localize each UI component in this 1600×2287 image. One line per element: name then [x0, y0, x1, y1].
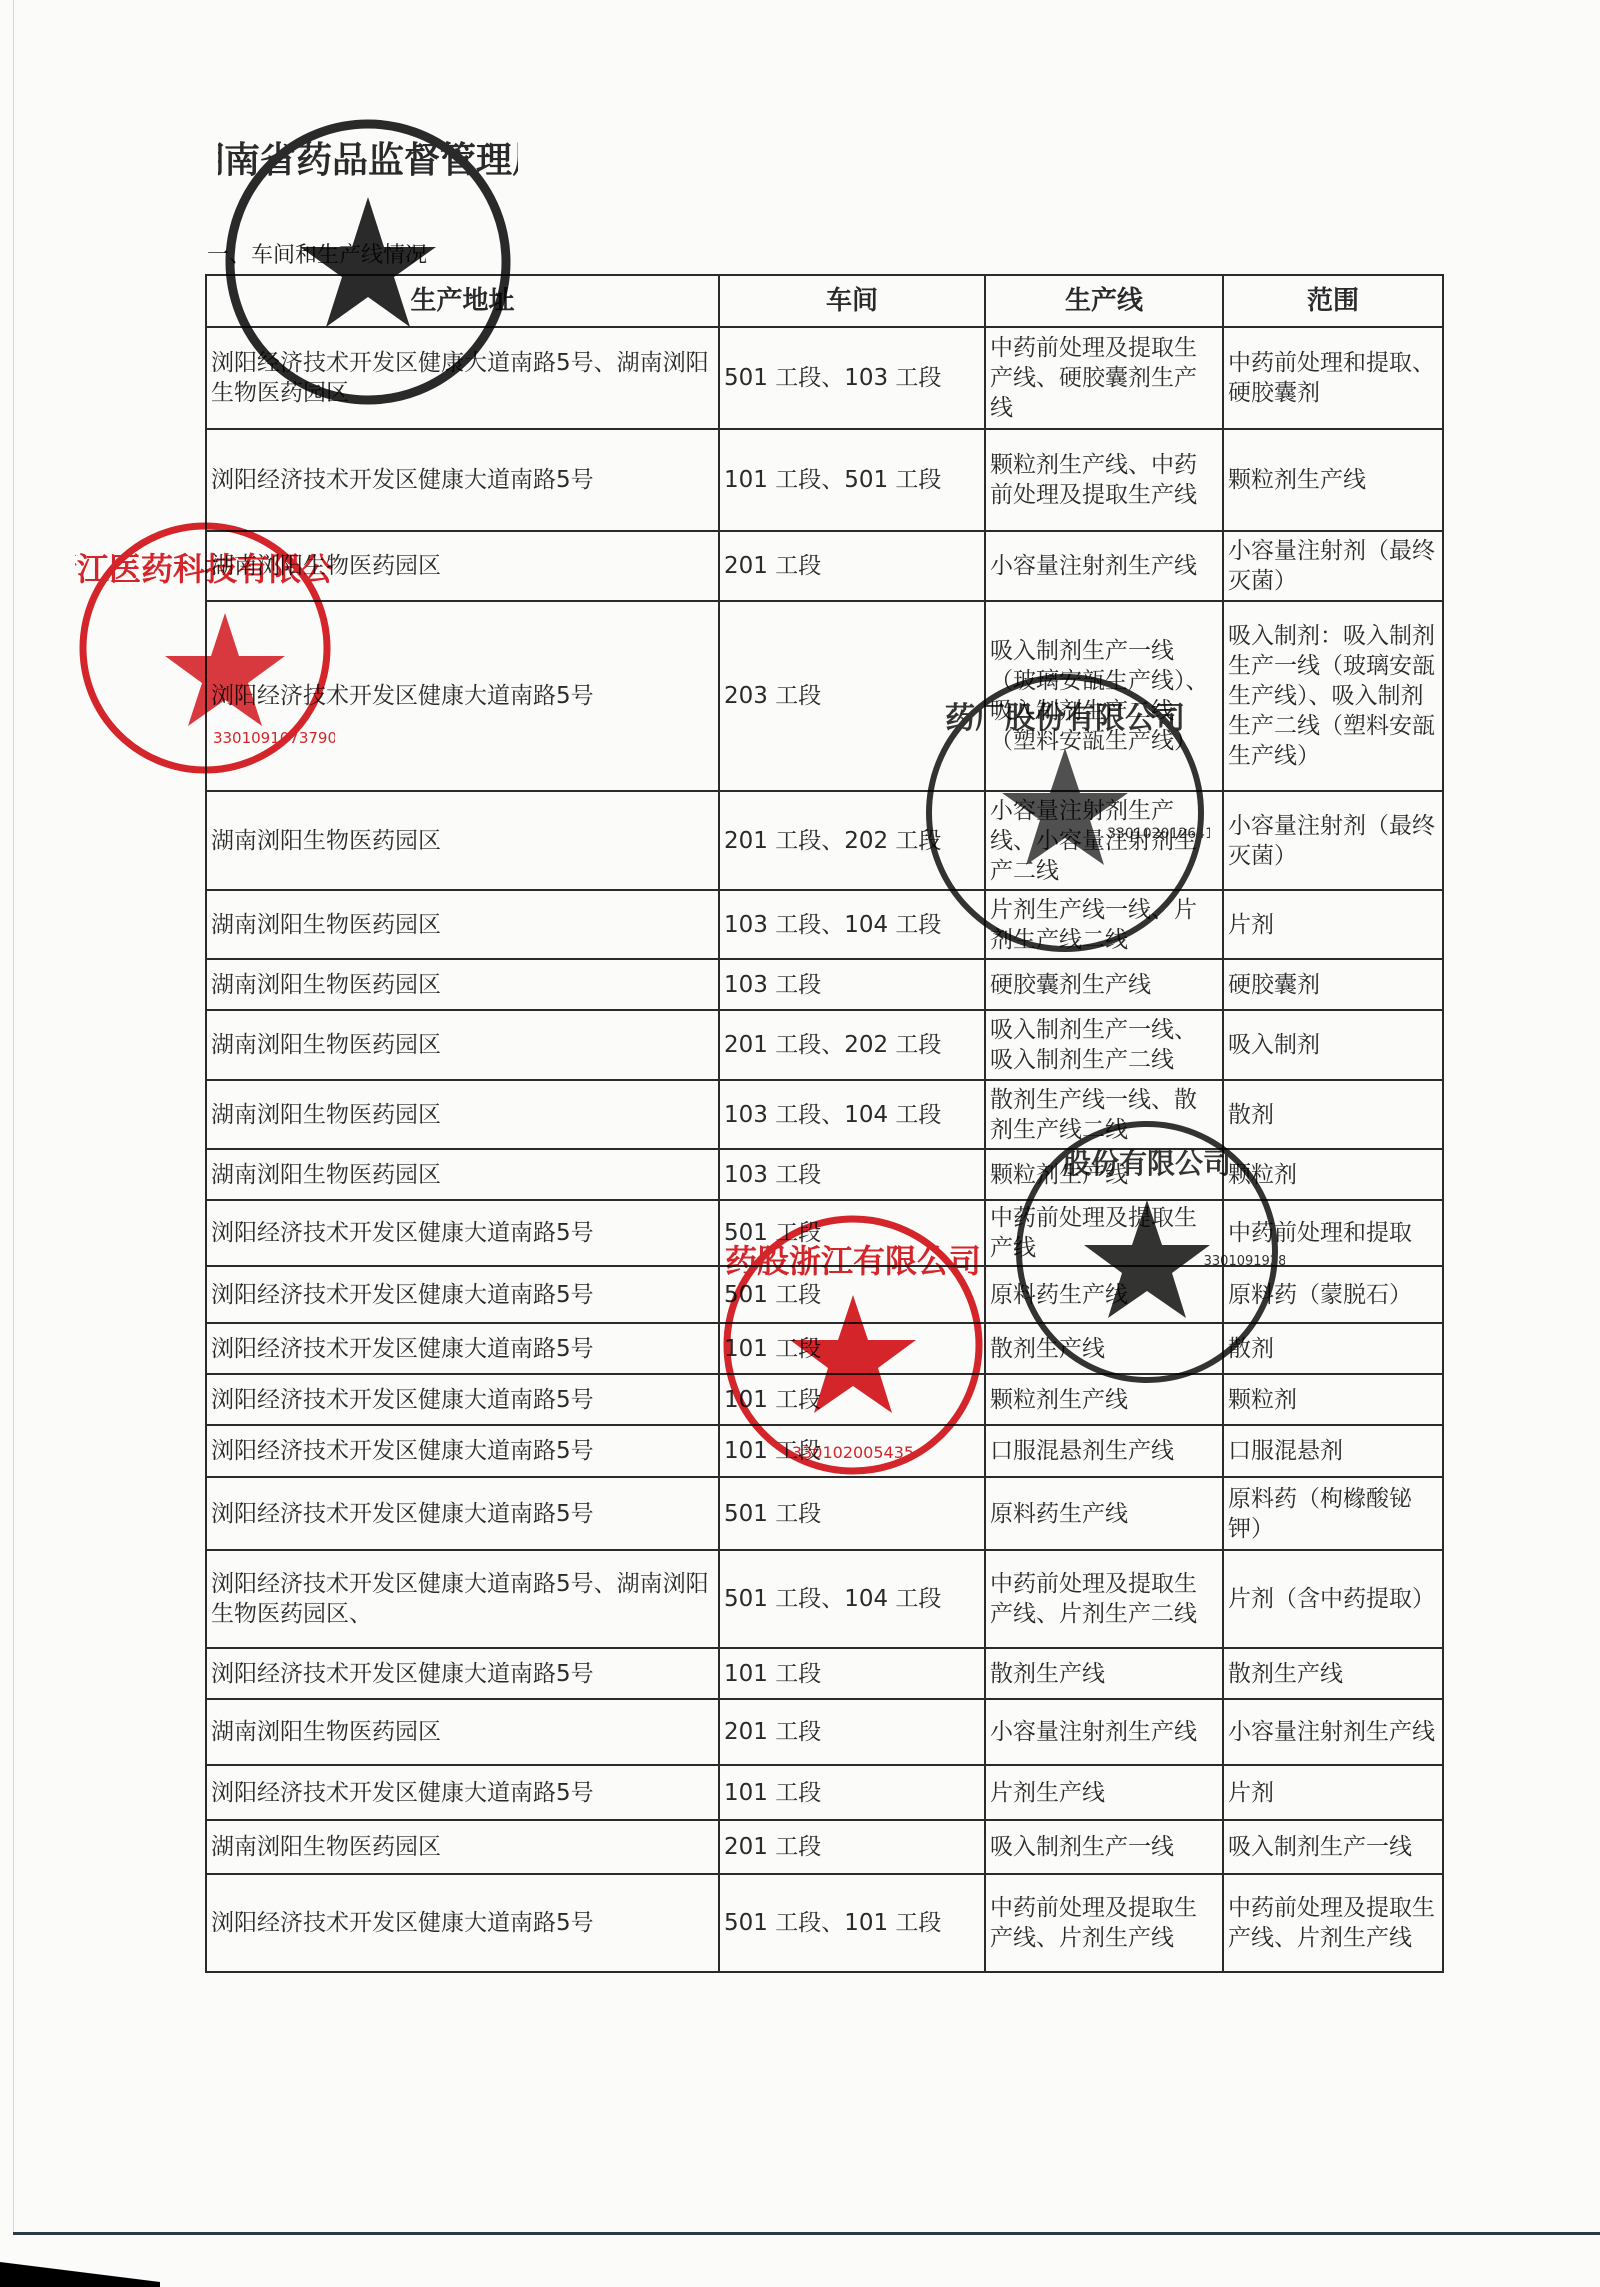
cell-address: 浏阳经济技术开发区健康大道南路5号	[206, 1323, 719, 1374]
cell-address: 浏阳经济技术开发区健康大道南路5号	[206, 1425, 719, 1477]
table-row: 湖南浏阳生物医药园区201 工段小容量注射剂生产线小容量注射剂生产线	[206, 1699, 1443, 1765]
table-row: 浏阳经济技术开发区健康大道南路5号101 工段颗粒剂生产线颗粒剂	[206, 1374, 1443, 1425]
table-row: 浏阳经济技术开发区健康大道南路5号501 工段原料药生产线原料药（枸橼酸铋钾）	[206, 1477, 1443, 1550]
cell-scope: 原料药（蒙脱石）	[1223, 1266, 1443, 1323]
cell-address: 湖南浏阳生物医药园区	[206, 1699, 719, 1765]
table-row: 湖南浏阳生物医药园区103 工段颗粒剂生产线颗粒剂	[206, 1149, 1443, 1200]
cell-scope: 中药前处理和提取、硬胶囊剂	[1223, 327, 1443, 429]
cell-scope: 吸入制剂生产一线	[1223, 1820, 1443, 1874]
cell-workshop: 101 工段	[719, 1425, 985, 1477]
cell-production-line: 中药前处理及提取生产线、硬胶囊剂生产线	[985, 327, 1223, 429]
cell-production-line: 颗粒剂生产线	[985, 1149, 1223, 1200]
cell-workshop: 201 工段、202 工段	[719, 791, 985, 890]
cell-production-line: 散剂生产线	[985, 1323, 1223, 1374]
cell-scope: 片剂（含中药提取）	[1223, 1550, 1443, 1648]
cell-scope: 口服混悬剂	[1223, 1425, 1443, 1477]
table-row: 湖南浏阳生物医药园区103 工段、104 工段散剂生产线一线、散剂生产线二线散剂	[206, 1080, 1443, 1149]
cell-address: 湖南浏阳生物医药园区	[206, 1149, 719, 1200]
cell-production-line: 吸入制剂生产一线	[985, 1820, 1223, 1874]
cell-production-line: 原料药生产线	[985, 1266, 1223, 1323]
cell-production-line: 散剂生产线	[985, 1648, 1223, 1699]
table-row: 浏阳经济技术开发区健康大道南路5号101 工段散剂生产线散剂	[206, 1323, 1443, 1374]
cell-address: 浏阳经济技术开发区健康大道南路5号	[206, 1266, 719, 1323]
cell-scope: 颗粒剂	[1223, 1374, 1443, 1425]
cell-production-line: 颗粒剂生产线、中药前处理及提取生产线	[985, 429, 1223, 531]
cell-production-line: 颗粒剂生产线	[985, 1374, 1223, 1425]
cell-production-line: 口服混悬剂生产线	[985, 1425, 1223, 1477]
cell-production-line: 小容量注射剂生产线、小容量注射剂生产二线	[985, 791, 1223, 890]
cell-address: 浏阳经济技术开发区健康大道南路5号	[206, 1200, 719, 1266]
cell-production-line: 中药前处理及提取生产线、片剂生产线	[985, 1874, 1223, 1972]
cell-scope: 散剂生产线	[1223, 1648, 1443, 1699]
table-row: 浏阳经济技术开发区健康大道南路5号、湖南浏阳生物医药园区501 工段、103 工…	[206, 327, 1443, 429]
seal-text: 湖南省药品监督管理局	[218, 140, 518, 181]
table-row: 浏阳经济技术开发区健康大道南路5号101 工段片剂生产线片剂	[206, 1765, 1443, 1820]
table-row: 湖南浏阳生物医药园区103 工段硬胶囊剂生产线硬胶囊剂	[206, 959, 1443, 1010]
cell-scope: 小容量注射剂（最终灭菌）	[1223, 791, 1443, 890]
cell-workshop: 101 工段	[719, 1765, 985, 1820]
cell-workshop: 501 工段	[719, 1200, 985, 1266]
cell-production-line: 吸入制剂生产一线、吸入制剂生产二线	[985, 1010, 1223, 1080]
cell-address: 浏阳经济技术开发区健康大道南路5号	[206, 1874, 719, 1972]
production-lines-table: 生产地址 车间 生产线 范围 浏阳经济技术开发区健康大道南路5号、湖南浏阳生物医…	[205, 274, 1444, 1973]
cell-production-line: 中药前处理及提取生产线、片剂生产二线	[985, 1550, 1223, 1648]
scan-shadow	[0, 2262, 160, 2287]
cell-workshop: 103 工段	[719, 1149, 985, 1200]
table-row: 浏阳经济技术开发区健康大道南路5号203 工段吸入制剂生产一线（玻璃安瓿生产线）…	[206, 601, 1443, 791]
cell-workshop: 103 工段、104 工段	[719, 1080, 985, 1149]
cell-workshop: 201 工段	[719, 1820, 985, 1874]
header-line: 生产线	[985, 275, 1223, 327]
page-edge-bottom	[13, 2232, 1600, 2235]
cell-workshop: 101 工段、501 工段	[719, 429, 985, 531]
table-row: 湖南浏阳生物医药园区201 工段、202 工段吸入制剂生产一线、吸入制剂生产二线…	[206, 1010, 1443, 1080]
cell-production-line: 散剂生产线一线、散剂生产线二线	[985, 1080, 1223, 1149]
cell-address: 湖南浏阳生物医药园区	[206, 1010, 719, 1080]
table-row: 浏阳经济技术开发区健康大道南路5号101 工段、501 工段颗粒剂生产线、中药前…	[206, 429, 1443, 531]
cell-scope: 颗粒剂生产线	[1223, 429, 1443, 531]
cell-production-line: 硬胶囊剂生产线	[985, 959, 1223, 1010]
cell-workshop: 101 工段	[719, 1374, 985, 1425]
cell-production-line: 中药前处理及提取生产线	[985, 1200, 1223, 1266]
cell-scope: 片剂	[1223, 890, 1443, 959]
cell-address: 浏阳经济技术开发区健康大道南路5号	[206, 429, 719, 531]
table-row: 湖南浏阳生物医药园区201 工段小容量注射剂生产线小容量注射剂（最终灭菌）	[206, 531, 1443, 601]
cell-workshop: 501 工段、104 工段	[719, 1550, 985, 1648]
cell-production-line: 片剂生产线	[985, 1765, 1223, 1820]
cell-production-line: 吸入制剂生产一线（玻璃安瓿生产线）、吸入制剂生产二线（塑料安瓿生产线）	[985, 601, 1223, 791]
table-row: 湖南浏阳生物医药园区103 工段、104 工段片剂生产线一线、片剂生产线二线片剂	[206, 890, 1443, 959]
cell-scope: 片剂	[1223, 1765, 1443, 1820]
cell-workshop: 201 工段	[719, 531, 985, 601]
cell-scope: 小容量注射剂生产线	[1223, 1699, 1443, 1765]
cell-address: 湖南浏阳生物医药园区	[206, 531, 719, 601]
cell-address: 湖南浏阳生物医药园区	[206, 959, 719, 1010]
cell-address: 湖南浏阳生物医药园区	[206, 1080, 719, 1149]
cell-workshop: 501 工段、103 工段	[719, 327, 985, 429]
header-workshop: 车间	[719, 275, 985, 327]
cell-production-line: 原料药生产线	[985, 1477, 1223, 1550]
cell-scope: 中药前处理和提取	[1223, 1200, 1443, 1266]
table-row: 浏阳经济技术开发区健康大道南路5号101 工段散剂生产线散剂生产线	[206, 1648, 1443, 1699]
cell-address: 湖南浏阳生物医药园区	[206, 1820, 719, 1874]
cell-scope: 吸入制剂	[1223, 1010, 1443, 1080]
cell-scope: 中药前处理及提取生产线、片剂生产线	[1223, 1874, 1443, 1972]
cell-production-line: 小容量注射剂生产线	[985, 1699, 1223, 1765]
cell-scope: 散剂	[1223, 1323, 1443, 1374]
cell-workshop: 201 工段	[719, 1699, 985, 1765]
cell-address: 浏阳经济技术开发区健康大道南路5号、湖南浏阳生物医药园区	[206, 327, 719, 429]
cell-production-line: 片剂生产线一线、片剂生产线二线	[985, 890, 1223, 959]
table-row: 湖南浏阳生物医药园区201 工段吸入制剂生产一线吸入制剂生产一线	[206, 1820, 1443, 1874]
cell-scope: 原料药（枸橼酸铋钾）	[1223, 1477, 1443, 1550]
cell-workshop: 203 工段	[719, 601, 985, 791]
cell-address: 浏阳经济技术开发区健康大道南路5号	[206, 1648, 719, 1699]
cell-scope: 散剂	[1223, 1080, 1443, 1149]
cell-address: 浏阳经济技术开发区健康大道南路5号	[206, 601, 719, 791]
cell-production-line: 小容量注射剂生产线	[985, 531, 1223, 601]
cell-address: 浏阳经济技术开发区健康大道南路5号	[206, 1765, 719, 1820]
cell-workshop: 201 工段、202 工段	[719, 1010, 985, 1080]
header-address: 生产地址	[206, 275, 719, 327]
cell-workshop: 501 工段	[719, 1266, 985, 1323]
cell-workshop: 103 工段	[719, 959, 985, 1010]
cell-scope: 小容量注射剂（最终灭菌）	[1223, 531, 1443, 601]
cell-workshop: 501 工段	[719, 1477, 985, 1550]
section-title: 一、车间和生产线情况	[207, 238, 427, 269]
table-header-row: 生产地址 车间 生产线 范围	[206, 275, 1443, 327]
table-row: 浏阳经济技术开发区健康大道南路5号501 工段原料药生产线原料药（蒙脱石）	[206, 1266, 1443, 1323]
cell-workshop: 101 工段	[719, 1323, 985, 1374]
cell-workshop: 501 工段、101 工段	[719, 1874, 985, 1972]
cell-address: 浏阳经济技术开发区健康大道南路5号	[206, 1374, 719, 1425]
cell-address: 浏阳经济技术开发区健康大道南路5号、湖南浏阳生物医药园区、	[206, 1550, 719, 1648]
table-row: 浏阳经济技术开发区健康大道南路5号101 工段口服混悬剂生产线口服混悬剂	[206, 1425, 1443, 1477]
page-edge-left	[13, 0, 14, 2232]
table-row: 湖南浏阳生物医药园区201 工段、202 工段小容量注射剂生产线、小容量注射剂生…	[206, 791, 1443, 890]
table-row: 浏阳经济技术开发区健康大道南路5号、湖南浏阳生物医药园区、501 工段、104 …	[206, 1550, 1443, 1648]
header-scope: 范围	[1223, 275, 1443, 327]
cell-scope: 吸入制剂：吸入制剂生产一线（玻璃安瓿生产线）、吸入制剂生产二线（塑料安瓿生产线）	[1223, 601, 1443, 791]
table-row: 浏阳经济技术开发区健康大道南路5号501 工段中药前处理及提取生产线中药前处理和…	[206, 1200, 1443, 1266]
table-row: 浏阳经济技术开发区健康大道南路5号501 工段、101 工段中药前处理及提取生产…	[206, 1874, 1443, 1972]
cell-scope: 颗粒剂	[1223, 1149, 1443, 1200]
cell-address: 湖南浏阳生物医药园区	[206, 791, 719, 890]
cell-address: 浏阳经济技术开发区健康大道南路5号	[206, 1477, 719, 1550]
cell-address: 湖南浏阳生物医药园区	[206, 890, 719, 959]
cell-workshop: 103 工段、104 工段	[719, 890, 985, 959]
cell-scope: 硬胶囊剂	[1223, 959, 1443, 1010]
cell-workshop: 101 工段	[719, 1648, 985, 1699]
